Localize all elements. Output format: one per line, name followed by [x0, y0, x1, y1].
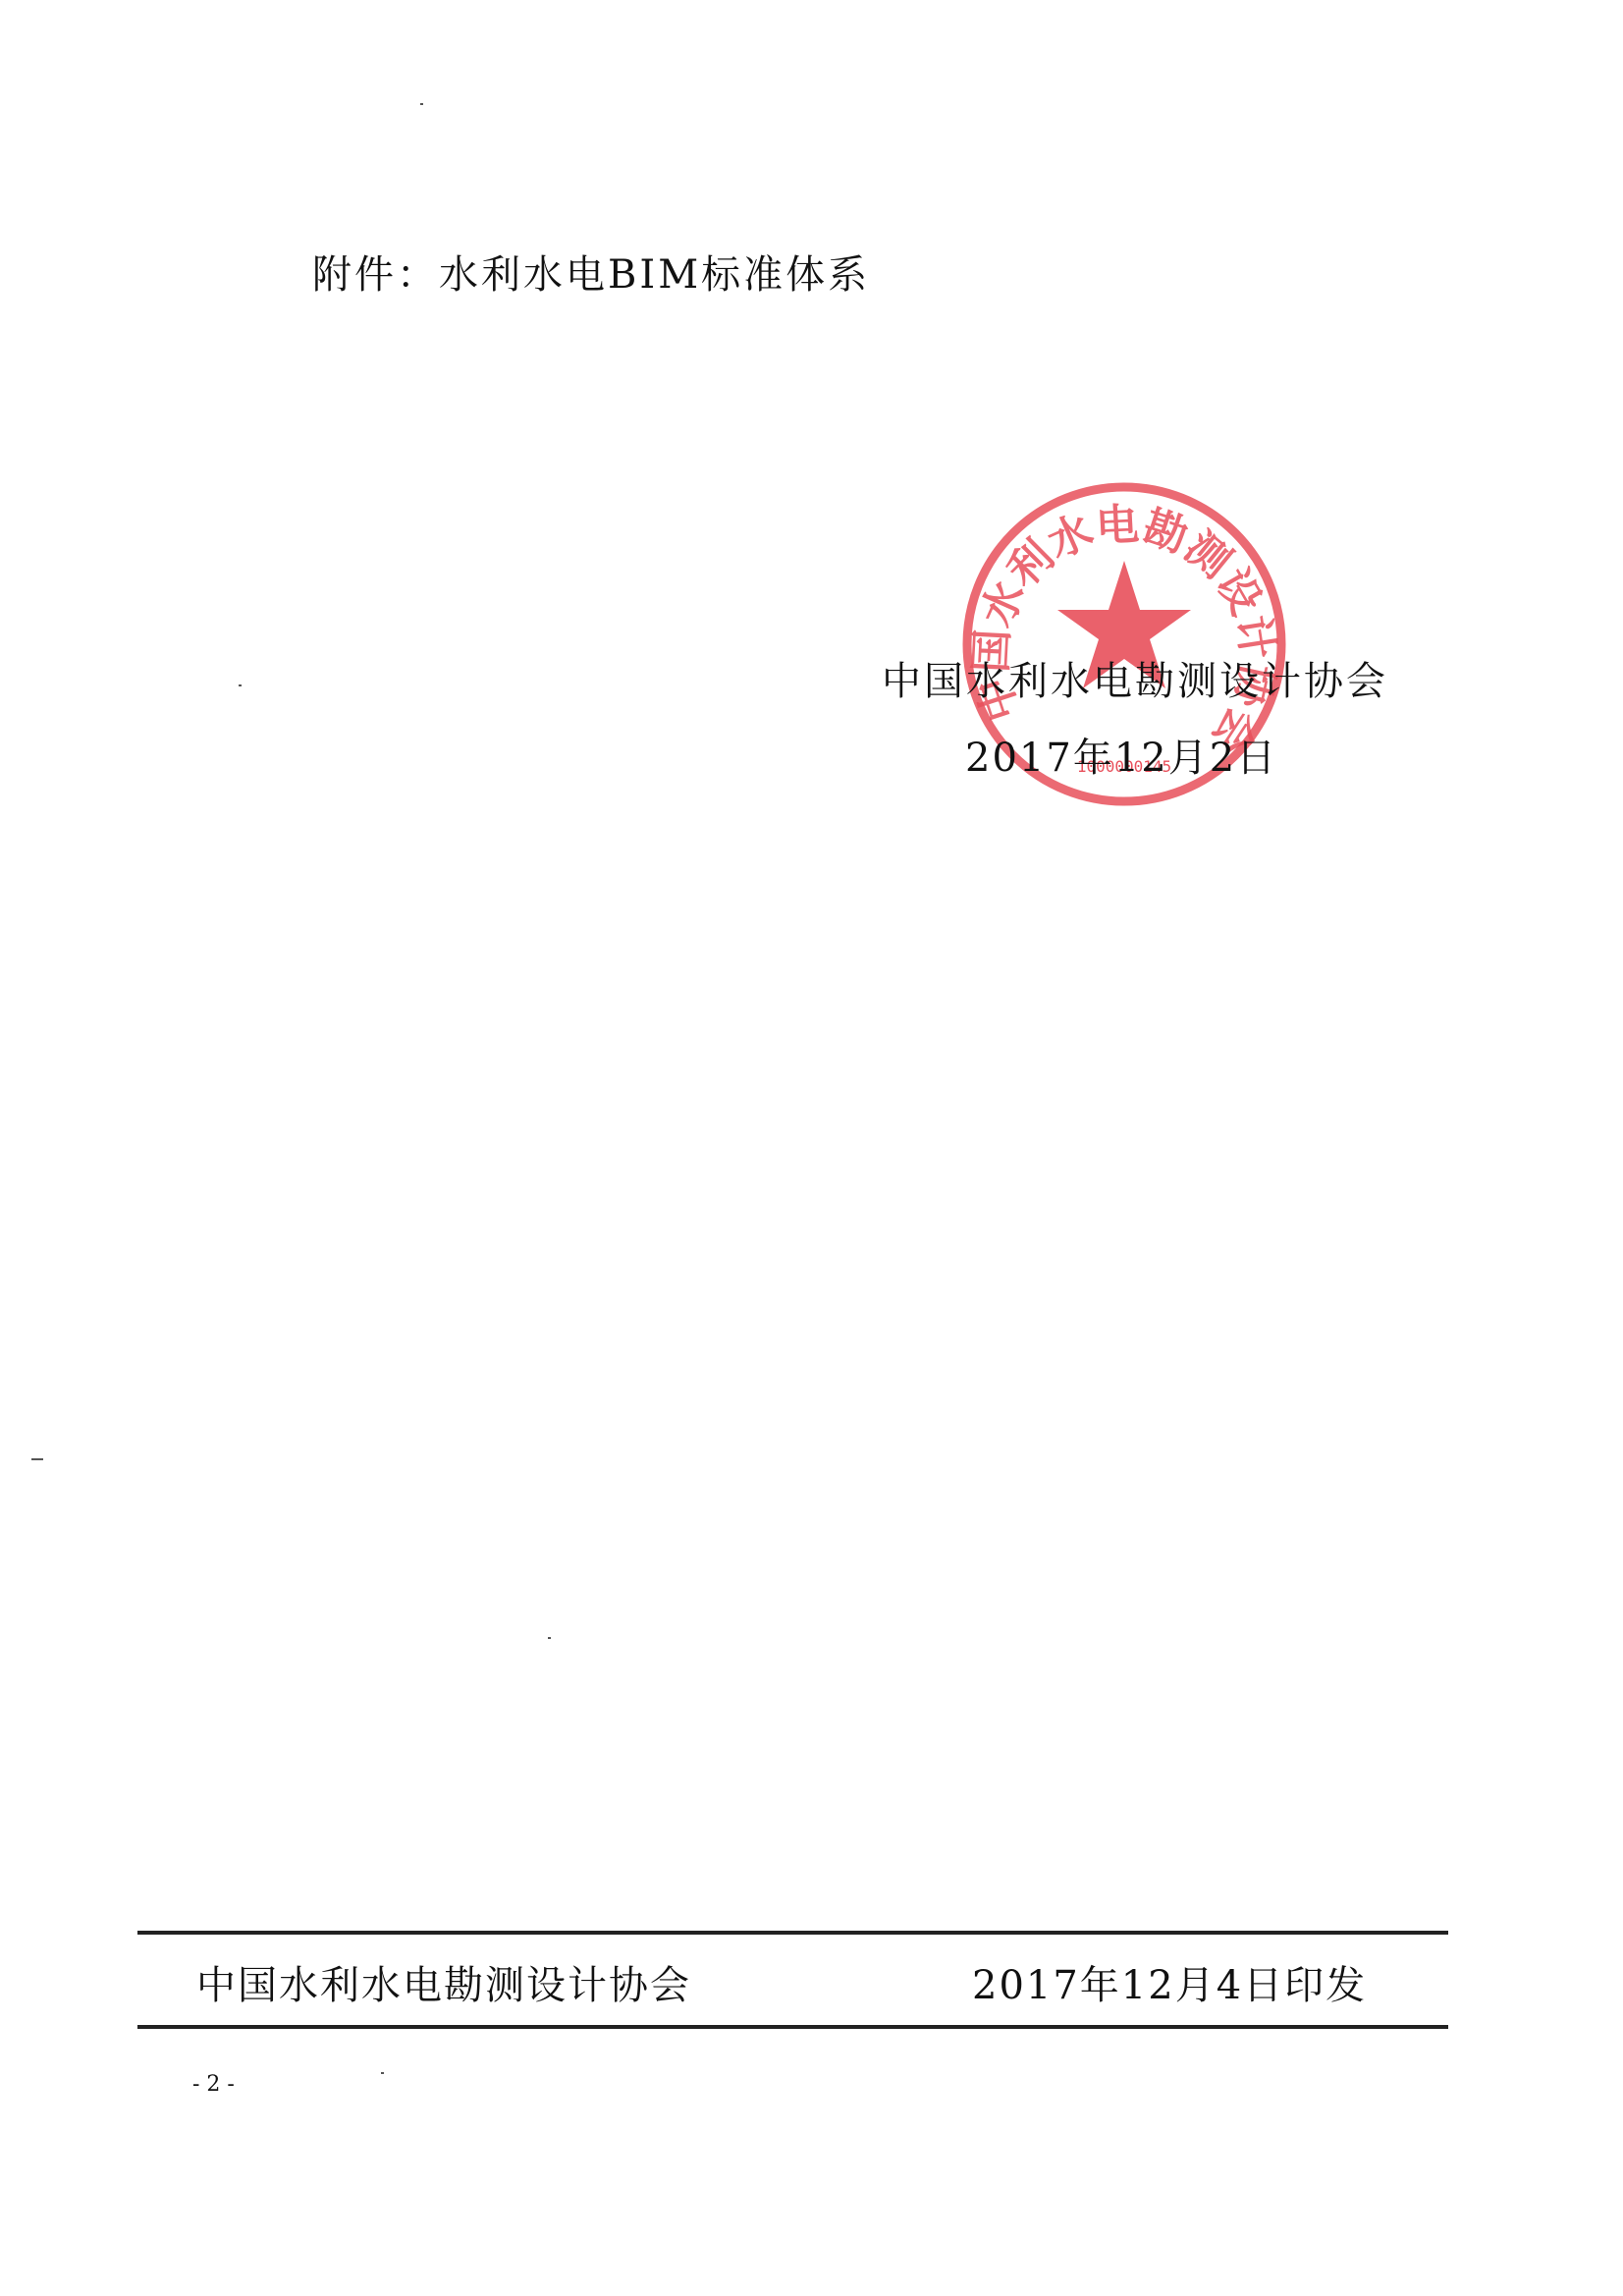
scan-speck — [420, 103, 423, 105]
footer-issue-date: 2017年12月4日印发 — [972, 1954, 1367, 2010]
signer-organization: 中国水利水电勘测设计协会 — [882, 650, 1388, 706]
attachment-label: 附件： — [312, 252, 439, 298]
footer-top-rule — [137, 1931, 1448, 1935]
scan-speck — [548, 1637, 551, 1639]
attachment-line: 附件：水利水电BIM标准体系 — [312, 244, 870, 300]
footer-organization: 中国水利水电勘测设计协会 — [196, 1954, 691, 2010]
footer-bottom-rule — [137, 2025, 1448, 2029]
page-number: - 2 - — [192, 2072, 235, 2097]
scan-speck — [381, 2072, 384, 2074]
attachment-title: 水利水电BIM标准体系 — [439, 252, 870, 298]
signature-date: 2017年12月2日 — [965, 727, 1277, 783]
scan-speck — [31, 1458, 43, 1460]
scan-speck — [239, 684, 242, 686]
